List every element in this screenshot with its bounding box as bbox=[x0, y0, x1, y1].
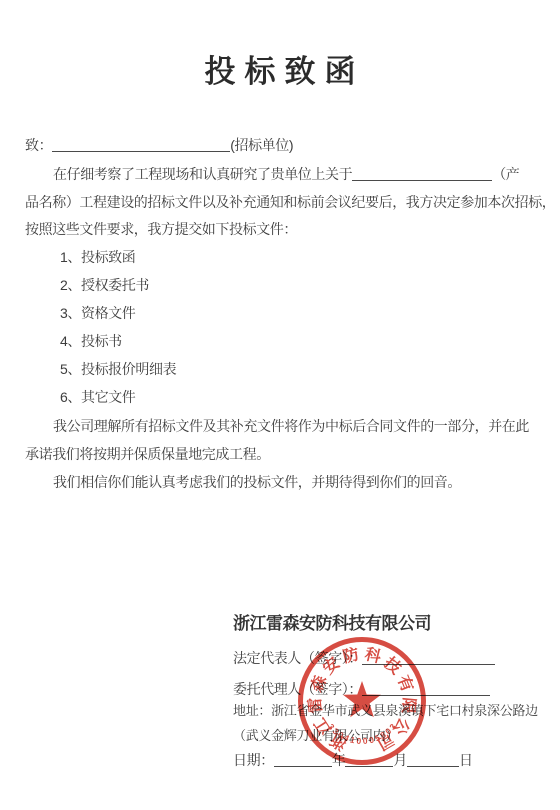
svg-text:1: 1 bbox=[349, 734, 356, 745]
attachment-item-1: 1、投标致函 bbox=[60, 249, 135, 266]
bid-letter-document: 投标致函 致：(招标单位) 在仔细考察了工程现场和认真研究了贵单位上关于（产 品… bbox=[0, 0, 560, 810]
seal-star-icon bbox=[343, 681, 381, 717]
svg-text:防: 防 bbox=[341, 644, 361, 666]
paragraph1-line1-text: 在仔细考察了工程现场和认真研究了贵单位上关于 bbox=[53, 166, 352, 182]
date-day-label: 日 bbox=[459, 752, 473, 768]
attachment-item-5: 5、投标报价明细表 bbox=[60, 361, 176, 378]
attachment-item-4: 4、投标书 bbox=[60, 333, 122, 350]
paragraph2-line2: 承诺我们将按期并保质保量地完成工程。 bbox=[25, 446, 270, 463]
company-name: 浙江雷森安防科技有限公司 bbox=[233, 613, 431, 634]
recipient-blank-line bbox=[52, 138, 230, 152]
product-name-blank-line bbox=[352, 167, 492, 181]
svg-text:科: 科 bbox=[363, 644, 384, 666]
svg-text:技: 技 bbox=[380, 653, 405, 678]
attachment-item-2: 2、授权委托书 bbox=[60, 277, 149, 294]
svg-text:雷: 雷 bbox=[305, 697, 325, 715]
svg-text:有: 有 bbox=[394, 673, 418, 695]
paragraph1-line3: 按照这些文件要求，我方提交如下投标文件： bbox=[25, 221, 297, 238]
paragraph1-line2: 品名称）工程建设的招标文件以及补充通知和标前会议纪要后，我方决定参加本次招标， bbox=[25, 194, 555, 211]
svg-text:森: 森 bbox=[307, 673, 330, 695]
svg-text:限: 限 bbox=[399, 697, 419, 715]
paragraph1-line1: 在仔细考察了工程现场和认真研究了贵单位上关于（产 bbox=[25, 166, 519, 183]
document-title: 投标致函 bbox=[0, 46, 560, 91]
paragraph1-line1-suffix: （产 bbox=[492, 166, 519, 182]
salutation-suffix: (招标单位) bbox=[230, 137, 293, 153]
attachment-item-6: 6、其它文件 bbox=[60, 389, 135, 406]
company-seal-stamp: 浙江雷森安防科技有限公司 330410005803 bbox=[295, 634, 429, 768]
svg-text:0: 0 bbox=[356, 736, 362, 746]
svg-text:0: 0 bbox=[362, 736, 368, 746]
attachment-item-3: 3、资格文件 bbox=[60, 305, 135, 322]
paragraph2-line1: 我公司理解所有招标文件及其补充文件将作为中标后合同文件的一部分，并在此 bbox=[25, 418, 529, 435]
salutation-prefix: 致： bbox=[25, 137, 52, 153]
salutation-line: 致：(招标单位) bbox=[25, 137, 293, 154]
date-label: 日期： bbox=[233, 752, 274, 768]
paragraph3-line: 我们相信你们能认真考虑我们的投标文件，并期待得到你们的回音。 bbox=[25, 474, 461, 491]
